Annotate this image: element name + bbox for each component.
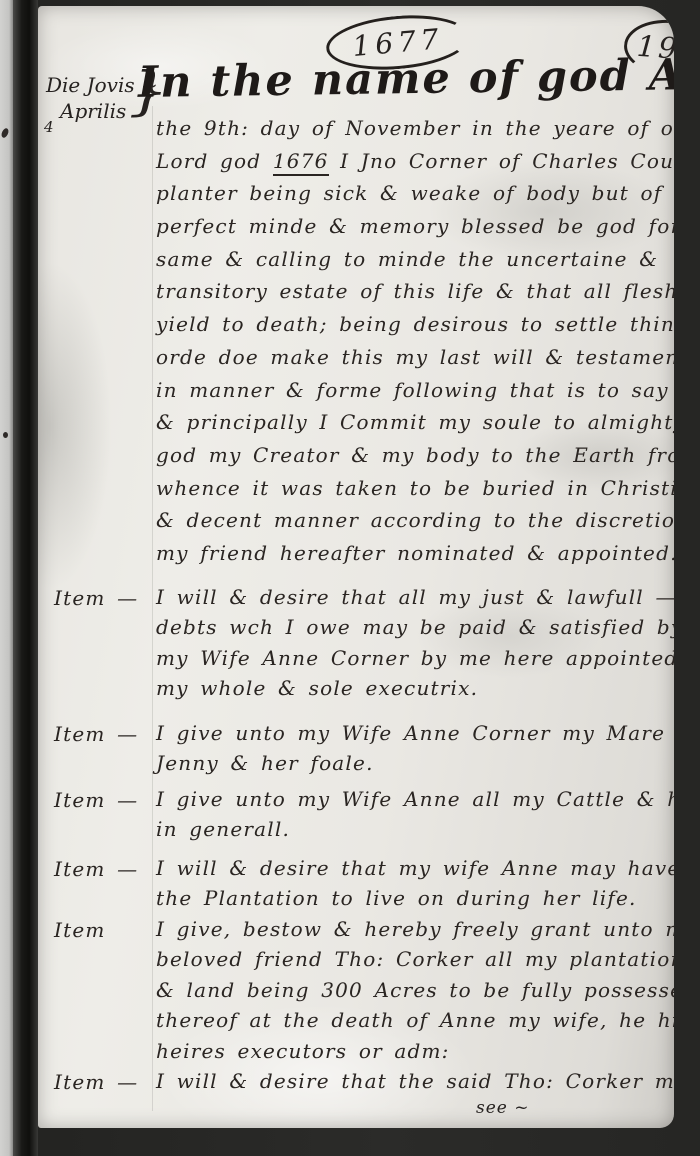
manuscript-line: perfect minde & memory blessed be god fo… — [156, 214, 664, 247]
manuscript-line: the 9th: day of November in the yeare of… — [156, 116, 664, 149]
catchword: see ~ — [476, 1098, 530, 1118]
manuscript-line: & principally I Commit my soule to almig… — [156, 410, 664, 443]
manuscript-line: thereof at the death of Anne my wife, he… — [156, 1008, 664, 1039]
item-block: Item — I will & desire that my wife Anne… — [38, 856, 664, 917]
edge-stray-mark — [3, 432, 8, 438]
manuscript-line: same & calling to minde the uncertaine & — [156, 247, 664, 280]
manuscript-line: I give unto my Wife Anne Corner my Mare — [156, 721, 664, 752]
manuscript-line: in manner & forme following that is to s… — [156, 378, 664, 411]
manuscript-line: yield to death; being desirous to settle… — [156, 312, 664, 345]
manuscript-line: orde doe make this my last will & testam… — [156, 345, 664, 378]
manuscript-line: in generall. — [156, 817, 664, 848]
will-text: the 9th: day of November in the yeare of… — [38, 116, 664, 1100]
manuscript-line: my whole & sole executrix. — [156, 676, 664, 707]
binding-gutter — [13, 0, 38, 1156]
page-title: In the name of god Amen — [138, 50, 674, 108]
item-marker: Item — — [54, 857, 138, 881]
manuscript-line: I will & desire that all my just & lawfu… — [156, 585, 664, 616]
item-marker: Item — — [54, 1070, 138, 1094]
manuscript-line: the Plantation to live on during her lif… — [156, 886, 664, 917]
manuscript-line: planter being sick & weake of body but o… — [156, 181, 664, 214]
manuscript-line: & decent manner according to the discret… — [156, 508, 664, 541]
item-block: Item — I give unto my Wife Anne all my C… — [38, 787, 664, 848]
line-segment: Lord god — [156, 149, 273, 173]
manuscript-line: debts wch I owe may be paid & satisfied … — [156, 615, 664, 646]
underlined-year: 1676 — [273, 149, 329, 176]
manuscript-line: my Wife Anne Corner by me here appointed — [156, 646, 664, 677]
item-marker: Item — — [54, 586, 138, 610]
item-block: Item — I will & desire that the said Tho… — [38, 1069, 664, 1100]
manuscript-line: I give unto my Wife Anne all my Cattle &… — [156, 787, 664, 818]
previous-page-edge — [0, 0, 13, 1156]
manuscript-line: I give, bestow & hereby freely grant unt… — [156, 917, 664, 948]
item-block: Item — I will & desire that all my just … — [38, 585, 664, 707]
item-marker: Item — [54, 918, 106, 942]
manuscript-line: I will & desire that my wife Anne may ha… — [156, 856, 664, 887]
item-marker: Item — — [54, 788, 138, 812]
manuscript-line: Lord god 1676 I Jno Corner of Charles Co… — [156, 149, 664, 182]
item-block: Item — I give unto my Wife Anne Corner m… — [38, 721, 664, 782]
manuscript-line: beloved friend Tho: Corker all my planta… — [156, 947, 664, 978]
manuscript-line: transitory estate of this life & that al… — [156, 279, 664, 312]
manuscript-line: my friend hereafter nominated & appointe… — [156, 541, 664, 574]
item-block: Item I give, bestow & hereby freely gran… — [38, 917, 664, 1070]
manuscript-page: 1677 194 Die Jovis ~ Aprilis 4 } In the … — [38, 6, 674, 1128]
item-marker: Item — — [54, 722, 138, 746]
manuscript-line: heires executors or adm: — [156, 1039, 664, 1070]
manuscript-line: god my Creator & my body to the Earth fr… — [156, 443, 664, 476]
scanned-manuscript: { "scan": { "year_label": "1677", "page_… — [0, 0, 700, 1156]
manuscript-line: whence it was taken to be buried in Chri… — [156, 476, 664, 509]
manuscript-line: Jenny & her foale. — [156, 751, 664, 782]
line-segment: I Jno Corner of Charles County — [329, 149, 674, 173]
manuscript-line: I will & desire that the said Tho: Corke… — [156, 1069, 664, 1100]
edge-stray-mark — [0, 127, 10, 139]
manuscript-line: & land being 300 Acres to be fully posse… — [156, 978, 664, 1009]
